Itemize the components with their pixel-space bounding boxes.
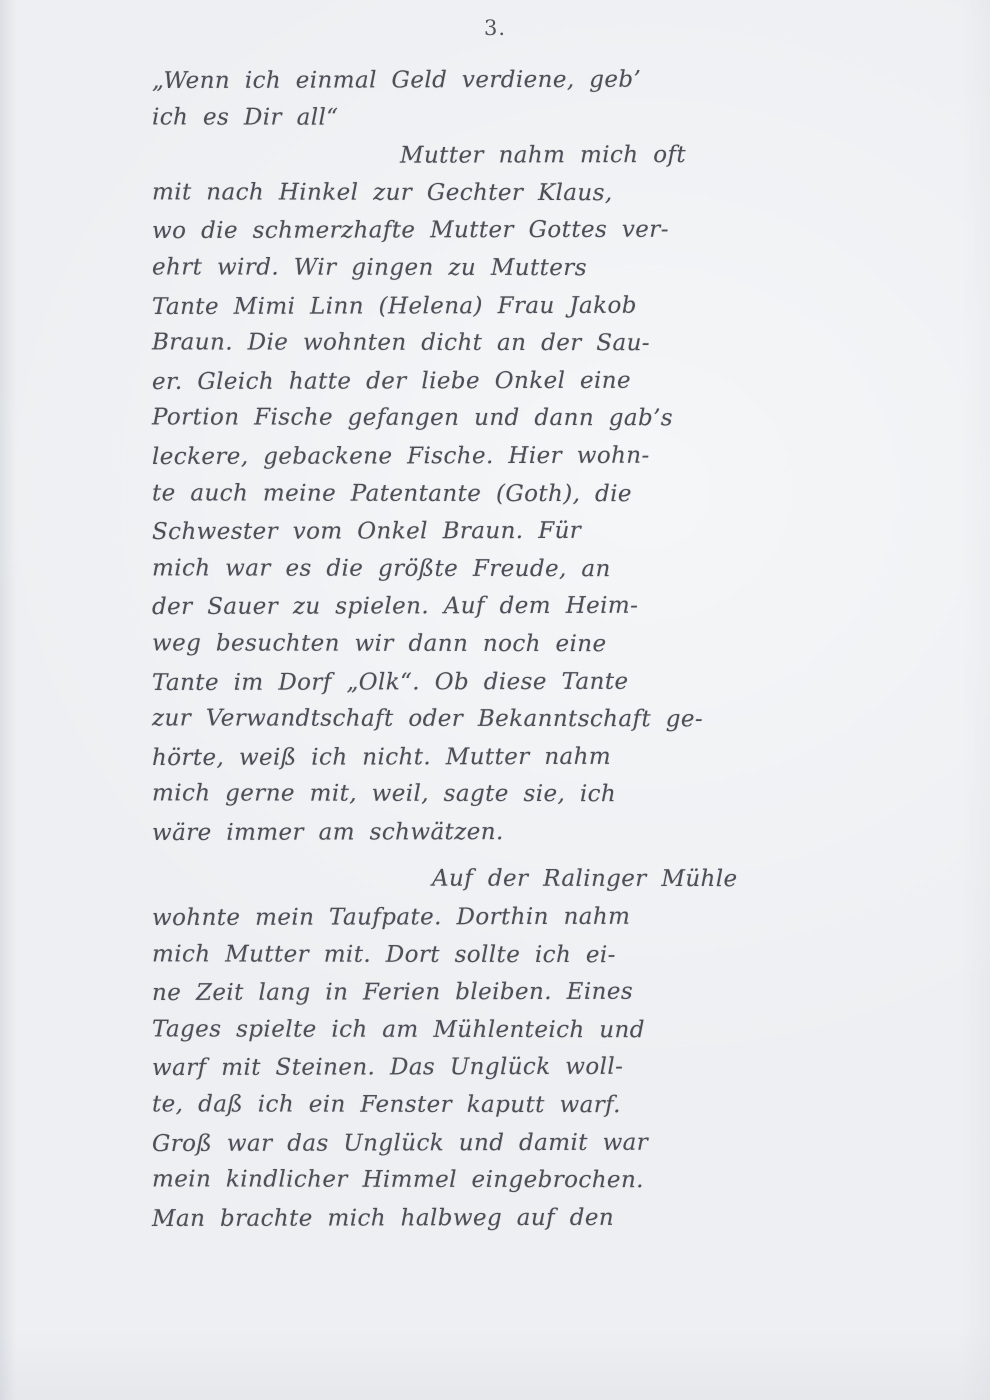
handwritten-line: „Wenn ich einmal Geld verdiene, geb’ <box>152 61 912 101</box>
handwritten-line: Schwester vom Onkel Braun. Für <box>152 512 912 552</box>
page-number: 3. <box>0 16 990 40</box>
handwritten-line: ehrt wird. Wir gingen zu Mutters <box>152 249 912 288</box>
handwritten-line: weg besuchten wir dann noch eine <box>152 625 912 664</box>
handwritten-line: te auch meine Patentante (Goth), die <box>152 475 912 514</box>
handwritten-line: Tages spielte ich am Mühlenteich und <box>152 1011 912 1050</box>
handwritten-line: er. Gleich hatte der liebe Onkel eine <box>152 362 912 402</box>
handwritten-line: Tante Mimi Linn (Helena) Frau Jakob <box>152 287 912 327</box>
handwritten-line: Braun. Die wohnten dicht an der Sau- <box>152 324 912 363</box>
handwritten-line: ne Zeit lang in Ferien bleiben. Eines <box>152 973 912 1013</box>
handwritten-line: te, daß ich ein Fenster kaputt warf. <box>152 1086 912 1125</box>
handwritten-line: warf mit Steinen. Das Unglück woll- <box>152 1048 912 1088</box>
handwritten-line: der Sauer zu spielen. Auf dem Heim- <box>152 587 912 627</box>
handwritten-line: zur Verwandtschaft oder Bekanntschaft ge… <box>152 700 912 739</box>
handwritten-line: wäre immer am schwätzen. <box>152 813 912 853</box>
handwritten-line: leckere, gebackene Fische. Hier wohn- <box>152 437 912 477</box>
handwritten-line: mich war es die größte Freude, an <box>152 550 912 589</box>
handwriting-block: „Wenn ich einmal Geld verdiene, geb’ ich… <box>152 62 912 1237</box>
handwritten-line: ich es Dir all“ <box>152 99 912 138</box>
handwritten-line: wohnte mein Taufpate. Dorthin nahm <box>152 898 912 938</box>
handwritten-line: mit nach Hinkel zur Gechter Klaus, <box>152 174 912 213</box>
handwritten-line: mich Mutter mit. Dort sollte ich ei- <box>152 936 912 975</box>
handwritten-line: hörte, weiß ich nicht. Mutter nahm <box>152 738 912 778</box>
handwritten-line: mich gerne mit, weil, sagte sie, ich <box>152 776 912 815</box>
handwritten-line: Portion Fische gefangen und dann gab’s <box>152 400 912 439</box>
handwritten-line: Tante im Dorf „Olk“. Ob diese Tante <box>152 663 912 703</box>
handwritten-line: Mutter nahm mich oft <box>400 137 912 176</box>
handwritten-line: Man brachte mich halbweg auf den <box>152 1199 912 1239</box>
handwritten-line: wo die schmerzhafte Mutter Gottes ver- <box>152 211 912 251</box>
handwritten-line: Groß war das Unglück und damit war <box>152 1124 912 1164</box>
handwritten-line: Auf der Ralinger Mühle <box>432 861 912 899</box>
handwritten-line: mein kindlicher Himmel eingebrochen. <box>152 1162 912 1201</box>
scanned-page: 3. „Wenn ich einmal Geld verdiene, geb’ … <box>0 0 990 1400</box>
